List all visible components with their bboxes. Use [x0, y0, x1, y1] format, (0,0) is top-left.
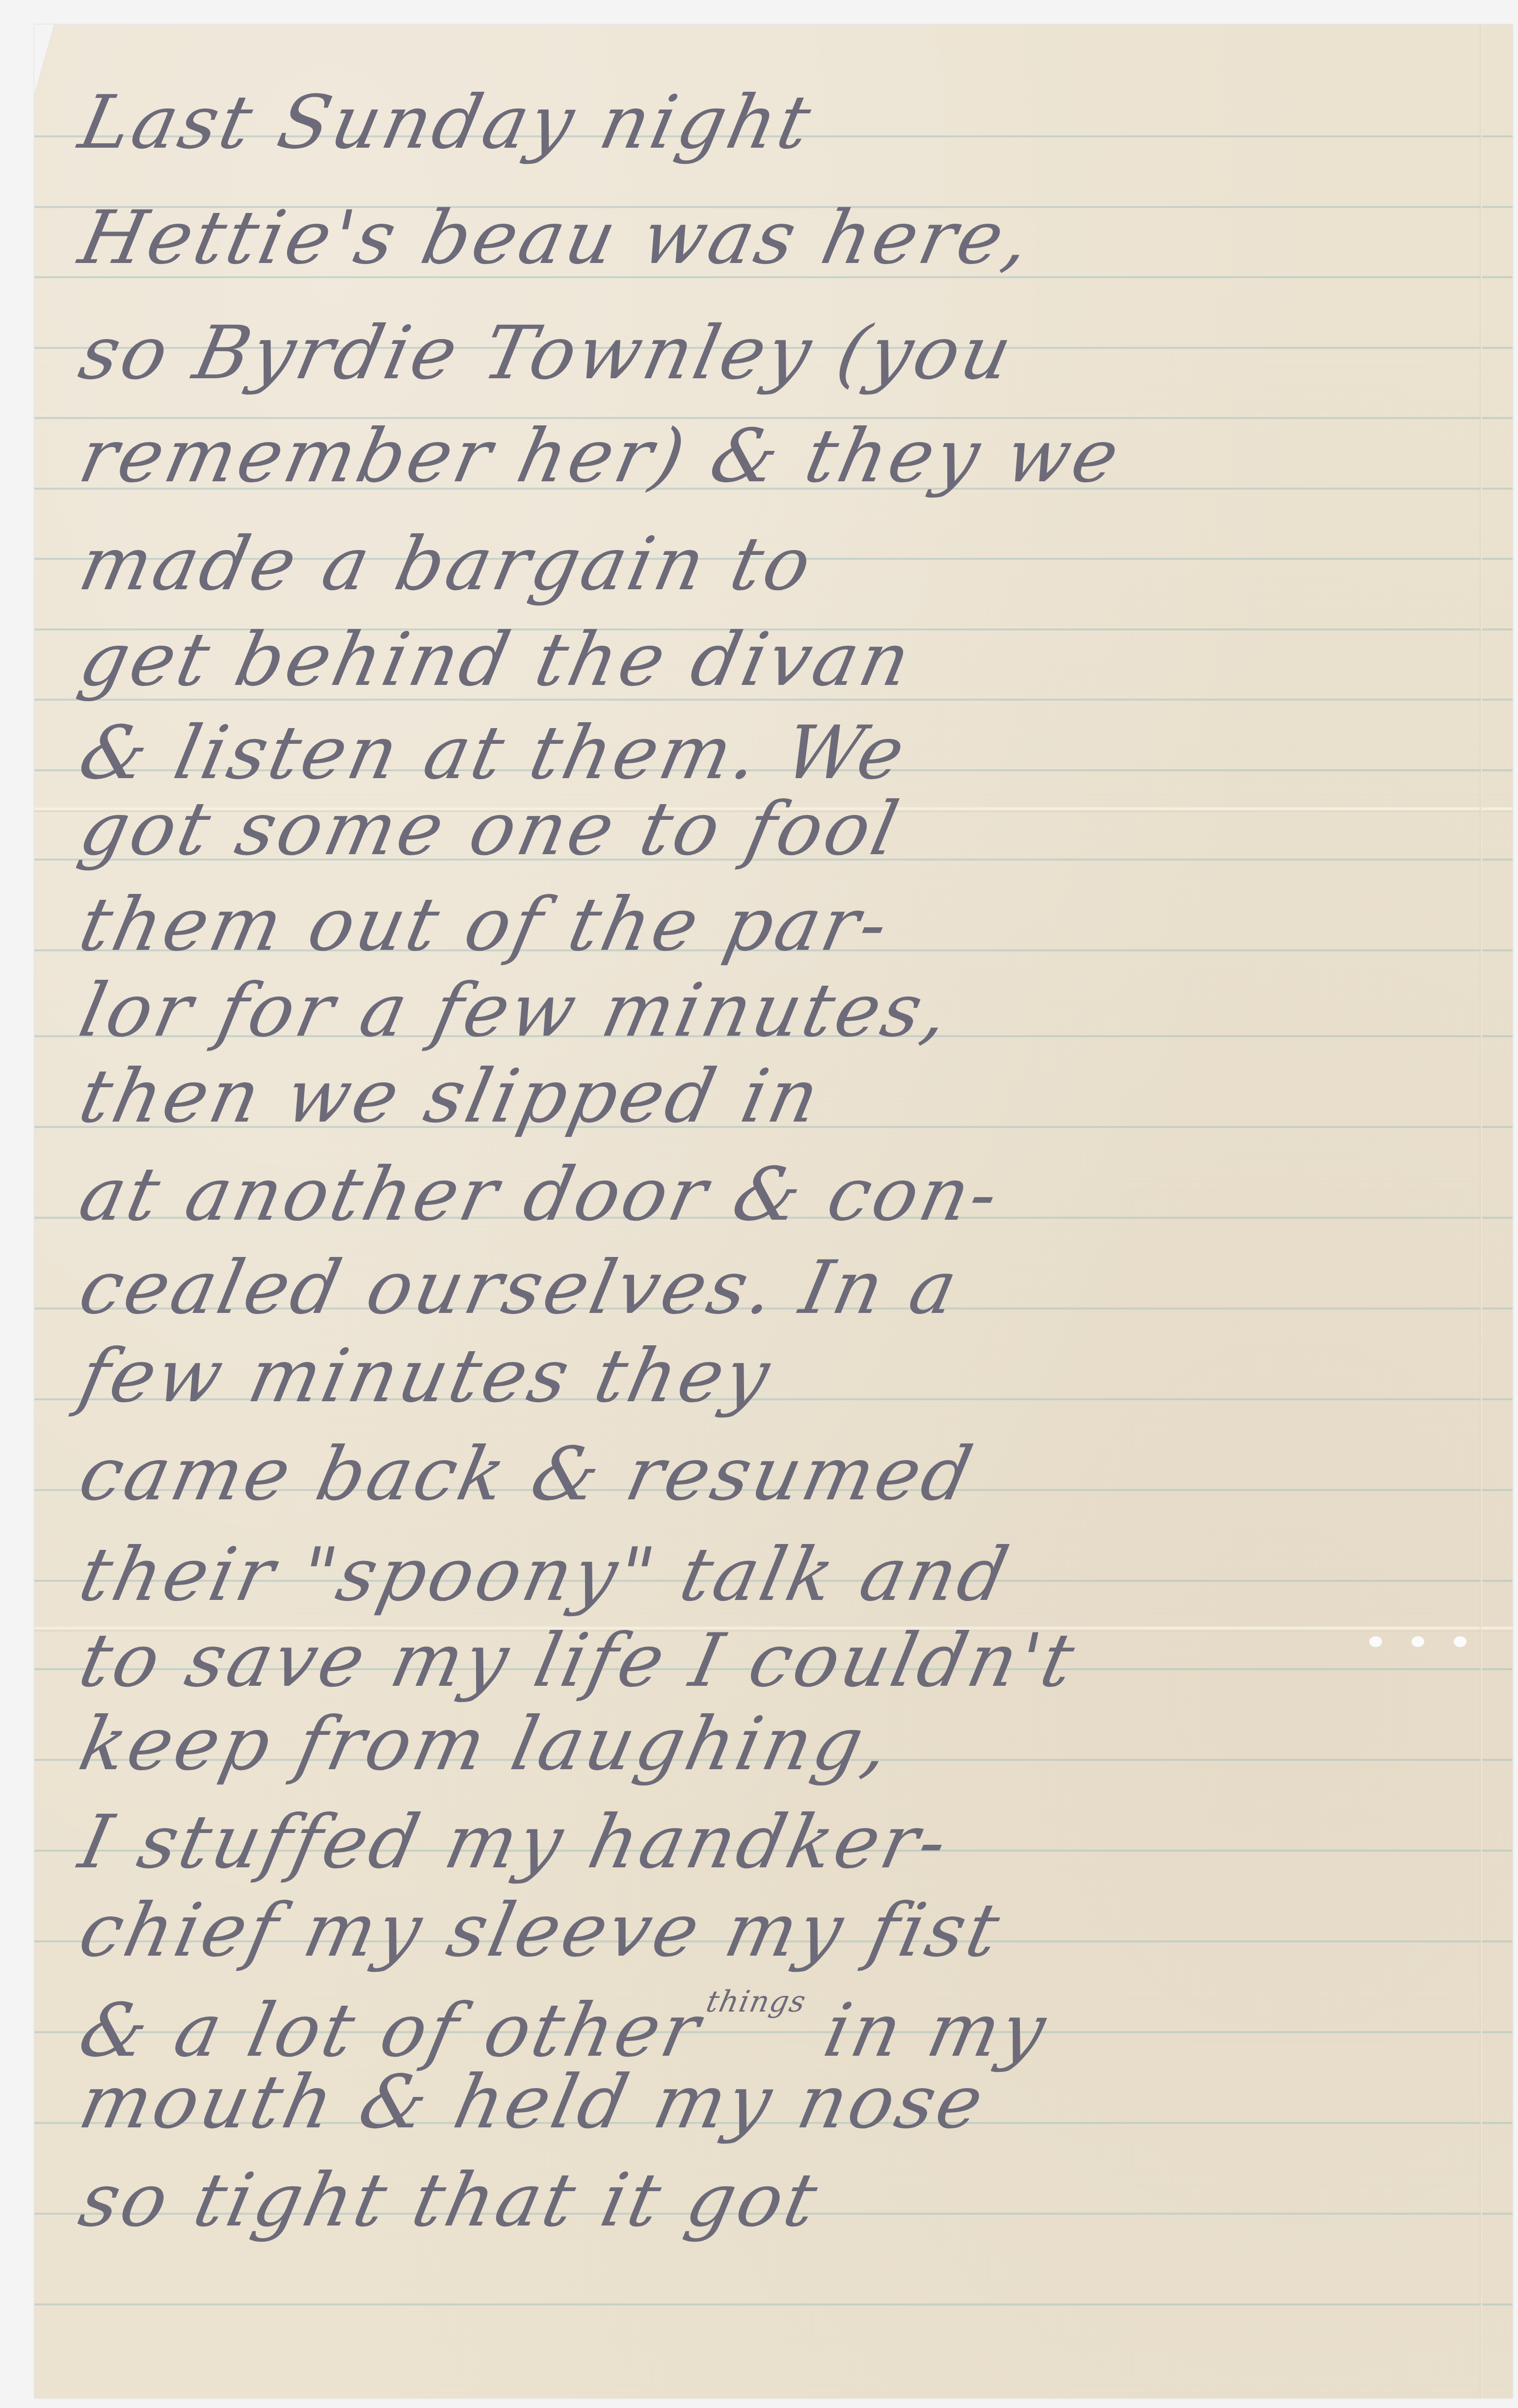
text-line: so tight that it got [74, 2164, 1503, 2237]
text-line: then we slipped in [74, 1060, 1503, 1133]
text-line: keep from laughing, [74, 1707, 1503, 1781]
text-line: & a lot of otherthings in my [74, 1987, 1504, 2068]
torn-corner [34, 25, 54, 93]
ruled-line [34, 2303, 1513, 2305]
text-line: get behind the divan [74, 623, 1503, 697]
text-line: got some one to fool [74, 792, 1503, 866]
text-line: remember her) & they we [74, 419, 1503, 493]
text-line: I stuffed my handker- [74, 1806, 1503, 1879]
text-line: lor for a few minutes, [74, 974, 1503, 1047]
text-line: came back & resumed [74, 1438, 1503, 1511]
text-line: them out of the par- [74, 888, 1503, 962]
inserted-word: things [703, 1985, 810, 2019]
text-line: their "spoony" talk and [74, 1538, 1503, 1612]
text-line: made a bargain to [74, 527, 1503, 601]
text-line: few minutes they [74, 1339, 1503, 1413]
text-line: so Byrdie Townley (you [74, 316, 1503, 390]
text-line: cealed ourselves. In a [74, 1251, 1503, 1325]
text-line: to save my life I couldn't [74, 1624, 1503, 1698]
text-line: Hettie's beau was here, [74, 201, 1503, 275]
text-line: at another door & con- [74, 1158, 1503, 1231]
text-line: & listen at them. We [74, 716, 1503, 790]
text-line: mouth & held my nose [74, 2066, 1503, 2139]
text-line: chief my sleeve my fist [74, 1894, 1503, 1967]
text-line: Last Sunday night [74, 86, 1503, 159]
